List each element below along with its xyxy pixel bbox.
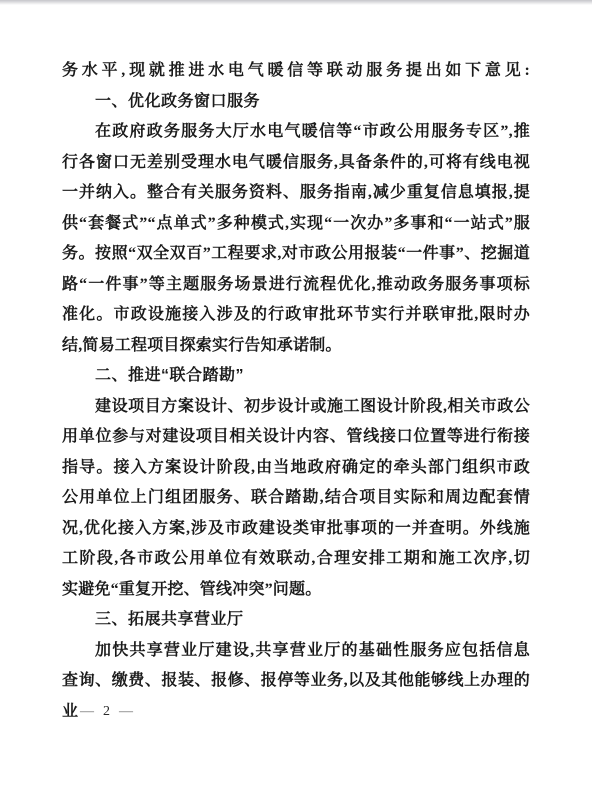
body-line: 指导。接入方案设计阶段,由当地政府确定的牵头部门组织市政 [62,453,530,484]
footer-dash-left: — [80,704,94,719]
page-number: 2 [103,704,110,719]
body-line: 结,简易工程项目探索实行告知承诺制。 [62,331,530,362]
body-line: 公用单位上门组团服务、联合踏勘,结合项目实际和周边配套情 [62,483,530,514]
body-line: 况,优化接入方案,涉及市政建设类审批事项的一并查明。外线施 [62,514,530,545]
body-line: 实避免“重复开挖、管线冲突”问题。 [62,575,530,606]
footer-dash-right: — [119,704,133,719]
page-number-footer: —2— [80,703,133,721]
body-line: 查询、缴费、报装、报修、报停等业务,以及其他能够线上办理的业 [62,666,530,697]
body-line: 准化。市政设施接入涉及的行政审批环节实行并联审批,限时办 [62,300,530,331]
body-line: 行各窗口无差别受理水电气暖信服务,具备条件的,可将有线电视 [62,148,530,179]
body-line: 务。按照“双全双百”工程要求,对市政公用报装“一件事”、挖掘道 [62,239,530,270]
scan-edge-artifact [0,0,592,5]
section-heading-2: 二、推进“联合踏勘” [62,361,530,392]
body-line: 加快共享营业厅建设,共享营业厅的基础性服务应包括信息 [62,636,530,667]
body-line: 在政府政务服务大厅水电气暖信等“市政公用服务专区”,推 [62,117,530,148]
document-body: 务水平,现就推进水电气暖信等联动服务提出如下意见: 一、优化政务窗口服务 在政府… [62,56,530,697]
section-heading-3: 三、拓展共享营业厅 [62,605,530,636]
body-line: 一并纳入。整合有关服务资料、服务指南,减少重复信息填报,提 [62,178,530,209]
body-line: 务水平,现就推进水电气暖信等联动服务提出如下意见: [62,56,530,87]
body-line: 路“一件事”等主题服务场景进行流程优化,推动政务服务事项标 [62,270,530,301]
section-heading-1: 一、优化政务窗口服务 [62,87,530,118]
body-line: 供“套餐式”“点单式”多种模式,实现“一次办”多事和“一站式”服 [62,209,530,240]
body-line: 用单位参与对建设项目相关设计内容、管线接口位置等进行衔接 [62,422,530,453]
body-line: 工阶段,各市政公用单位有效联动,合理安排工期和施工次序,切 [62,544,530,575]
document-page: 务水平,现就推进水电气暖信等联动服务提出如下意见: 一、优化政务窗口服务 在政府… [0,0,592,791]
body-line: 建设项目方案设计、初步设计或施工图设计阶段,相关市政公 [62,392,530,423]
